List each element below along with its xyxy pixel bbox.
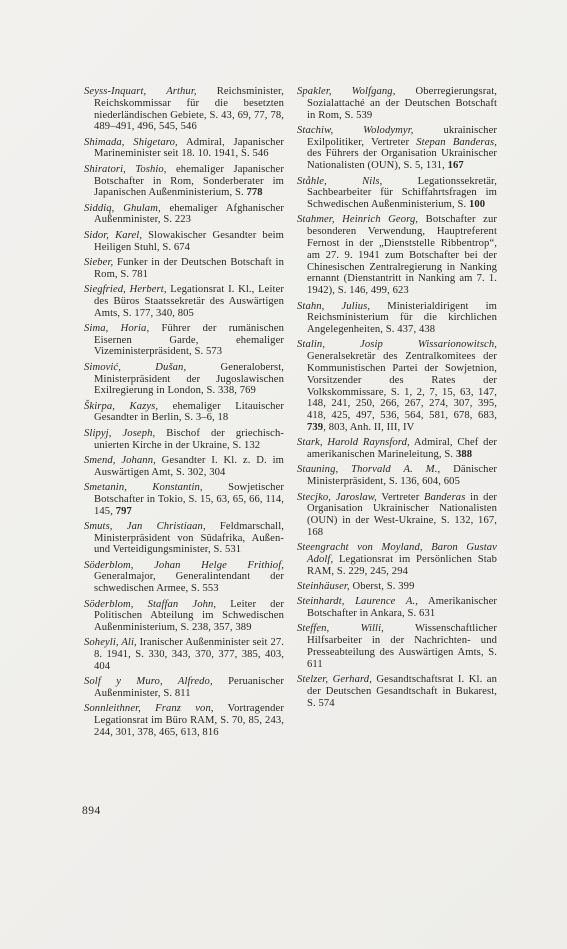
entry-bold-page-ref: 167 [448,160,464,171]
entry-text: des Führers der Organisation Ukrainische… [307,148,497,171]
entry-text: Botschafter zur besonderen Verwendung, H… [307,214,497,296]
entry-name: Stecjko, Jaroslaw, [297,492,377,503]
index-entry: Smuts, Jan Christiaan, Feldmarschall, Mi… [84,521,284,556]
entry-name: Simović, Dušan, [84,362,186,373]
index-entry: Söderblom, Johan Helge Frithiof, General… [84,560,284,595]
entry-text: Vertreter [377,492,424,503]
entry-name: Stauning, Thorvald A. M., [297,464,440,475]
index-entry: Söderblom, Staffan John, Leiter der Poli… [84,599,284,634]
entry-name: Smuts, Jan Christiaan, [84,521,206,532]
entry-name: Soheyli, Ali, [84,637,137,648]
entry-name: Steinhardt, Laurence A., [297,596,418,607]
entry-name: Siddiq, Ghulam, [84,203,161,214]
entry-name: Slipyj, Joseph, [84,428,155,439]
entry-name: Steffen, Willi, [297,623,384,634]
index-entry: Stalin, Josip Wissarionowitsch, Generals… [297,339,497,433]
index-entry: Siddiq, Ghulam, ehemaliger Afghanischer … [84,203,284,227]
entry-name: Stahmer, Heinrich Georg, [297,214,418,225]
column-left: Seyss-Inquart, Arthur, Reichsminister, R… [84,86,284,742]
page-number: 894 [82,805,101,817]
index-entry: Solf y Muro, Alfredo, Peruanischer Außen… [84,676,284,700]
entry-text: , 803, Anh. II, III, IV [323,422,414,433]
index-entry: Shimada, Shigetaro, Admiral, Japanischer… [84,137,284,161]
entry-name: Stachiw, Wolodymyr, [297,125,414,136]
entry-text: Generalsekretär des Zentralkomitees der … [307,351,497,421]
entry-name: Steinhäuser, [297,581,350,592]
entry-bold-page-ref: 797 [116,506,132,517]
entry-text: Generalmajor, Generalintendant der schwe… [94,571,284,594]
entry-text: Oberst, S. 399 [350,581,415,592]
index-entry: Steinhäuser, Oberst, S. 399 [297,581,497,593]
index-entry: Siegfried, Herbert, Legationsrat I. Kl.,… [84,284,284,319]
entry-name: Stark, Harold Raynsford, [297,437,410,448]
index-entry: Smetanin, Konstantin, Sowjetischer Botsc… [84,482,284,517]
entry-name: Banderas [424,492,465,503]
entry-name: Stahn, Julius, [297,301,370,312]
entry-name: Shimada, Shigetaro, [84,137,178,148]
index-entry: Sima, Horia, Führer der rumänischen Eise… [84,323,284,358]
index-entry: Shiratori, Toshio, ehemaliger Japanische… [84,164,284,199]
index-entry: Simović, Dušan, Generaloberst, Ministerp… [84,362,284,397]
entry-bold-page-ref: 388 [456,449,472,460]
index-entry: Stahn, Julius, Ministerialdirigent im Re… [297,301,497,336]
index-entry: Škirpa, Kazys, ehemaliger Litauischer Ge… [84,401,284,425]
book-page-scan: { "page": { "number": "894" }, "columns"… [0,0,567,949]
entry-name: Shiratori, Toshio, [84,164,167,175]
index-columns: Seyss-Inquart, Arthur, Reichsminister, R… [84,86,497,742]
column-right: Spakler, Wolfgang, Oberregierungsrat, So… [297,86,497,742]
entry-bold-page-ref: 100 [469,199,485,210]
entry-name: Sidor, Karel, [84,230,142,241]
index-entry: Stauning, Thorvald A. M., Dänischer Mini… [297,464,497,488]
index-entry: Sonnleithner, Franz von, Vortragender Le… [84,703,284,738]
entry-name: Seyss-Inquart, Arthur, [84,86,197,97]
index-entry: Stark, Harold Raynsford, Admiral, Chef d… [297,437,497,461]
index-entry: Steengracht von Moyland, Baron Gustav Ad… [297,542,497,577]
index-entry: Seyss-Inquart, Arthur, Reichsminister, R… [84,86,284,133]
entry-name: Stalin, Josip Wissarionowitsch, [297,339,497,350]
entry-text: Legationsrat im Persönlichen Stab RAM, S… [307,554,497,577]
entry-name: Sieber, [84,257,113,268]
index-entry: Steinhardt, Laurence A., Amerikanischer … [297,596,497,620]
entry-name: Söderblom, Johan Helge Frithiof, [84,560,284,571]
entry-name: Stelzer, Gerhard, [297,674,372,685]
index-entry: Smend, Johann, Gesandter I. Kl. z. D. im… [84,455,284,479]
index-entry: Spakler, Wolfgang, Oberregierungsrat, So… [297,86,497,121]
index-entry: Slipyj, Joseph, Bischof der griechisch-u… [84,428,284,452]
entry-text: Funker in der Deutschen Botschaft in Rom… [94,257,284,280]
index-entry: Soheyli, Ali, Iranischer Außenminister s… [84,637,284,672]
entry-name: Smetanin, Konstantin, [84,482,203,493]
entry-name: Smend, Johann, [84,455,156,466]
index-entry: Stelzer, Gerhard, Gesandtschaftsrat I. K… [297,674,497,709]
entry-name: Spakler, Wolfgang, [297,86,395,97]
entry-name: Söderblom, Staffan John, [84,599,216,610]
index-entry: Stecjko, Jaroslaw, Vertreter Banderas in… [297,492,497,539]
entry-name: Ståhle, Nils, [297,176,382,187]
index-entry: Ståhle, Nils, Legationssekretär, Sachbea… [297,176,497,211]
entry-name: Sonnleithner, Franz von, [84,703,214,714]
index-entry: Stachiw, Wolodymyr, ukrainischer Exilpol… [297,125,497,172]
entry-name: Stepan Banderas, [416,137,497,148]
entry-name: Škirpa, Kazys, [84,401,158,412]
entry-name: Sima, Horia, [84,323,149,334]
index-entry: Sidor, Karel, Slowakischer Gesandter bei… [84,230,284,254]
entry-name: Solf y Muro, Alfredo, [84,676,213,687]
index-entry: Steffen, Willi, Wissenschaftlicher Hilfs… [297,623,497,670]
index-entry: Stahmer, Heinrich Georg, Botschafter zur… [297,214,497,297]
entry-name: Siegfried, Herbert, [84,284,167,295]
entry-bold-page-ref: 739 [307,422,323,433]
index-entry: Sieber, Funker in der Deutschen Botschaf… [84,257,284,281]
entry-bold-page-ref: 778 [246,187,262,198]
